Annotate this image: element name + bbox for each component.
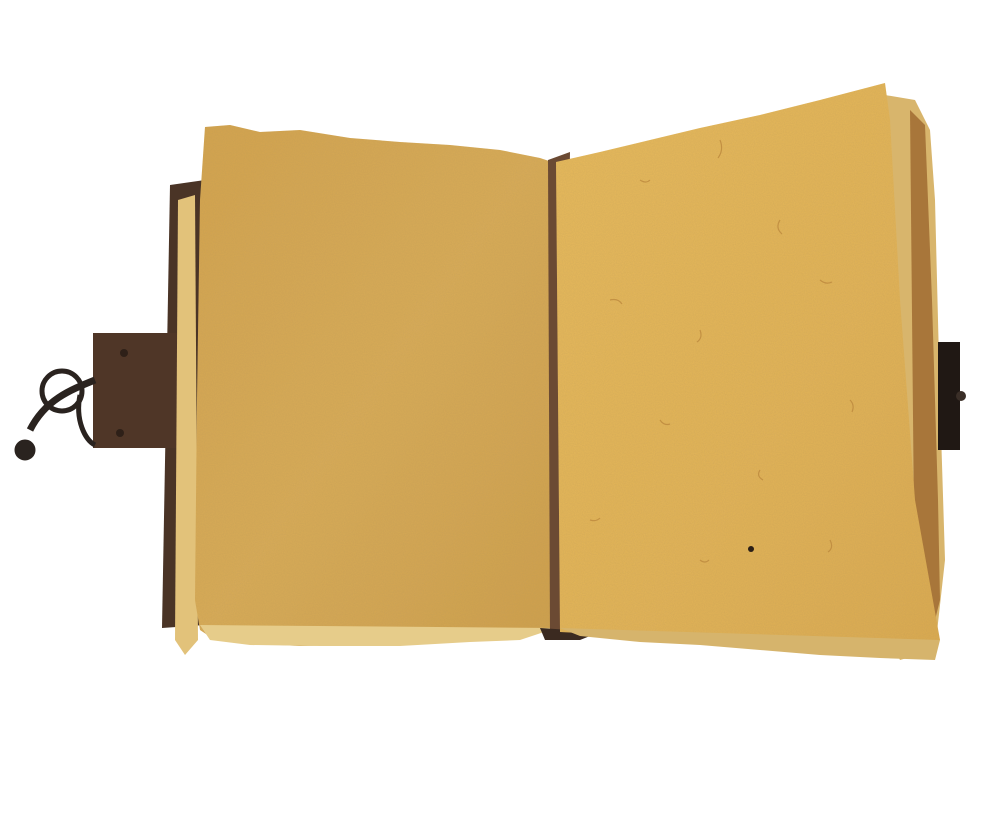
journal-photo: [0, 0, 1000, 814]
strap-tab: [93, 333, 183, 448]
paper-speck: [748, 546, 754, 552]
right-page: [556, 83, 940, 650]
right-strap-tab: [938, 342, 966, 450]
clasp-icon: [15, 371, 95, 460]
left-page-bottom-edge: [200, 625, 556, 646]
left-page: [195, 125, 556, 646]
left-page-stack: [175, 195, 198, 655]
